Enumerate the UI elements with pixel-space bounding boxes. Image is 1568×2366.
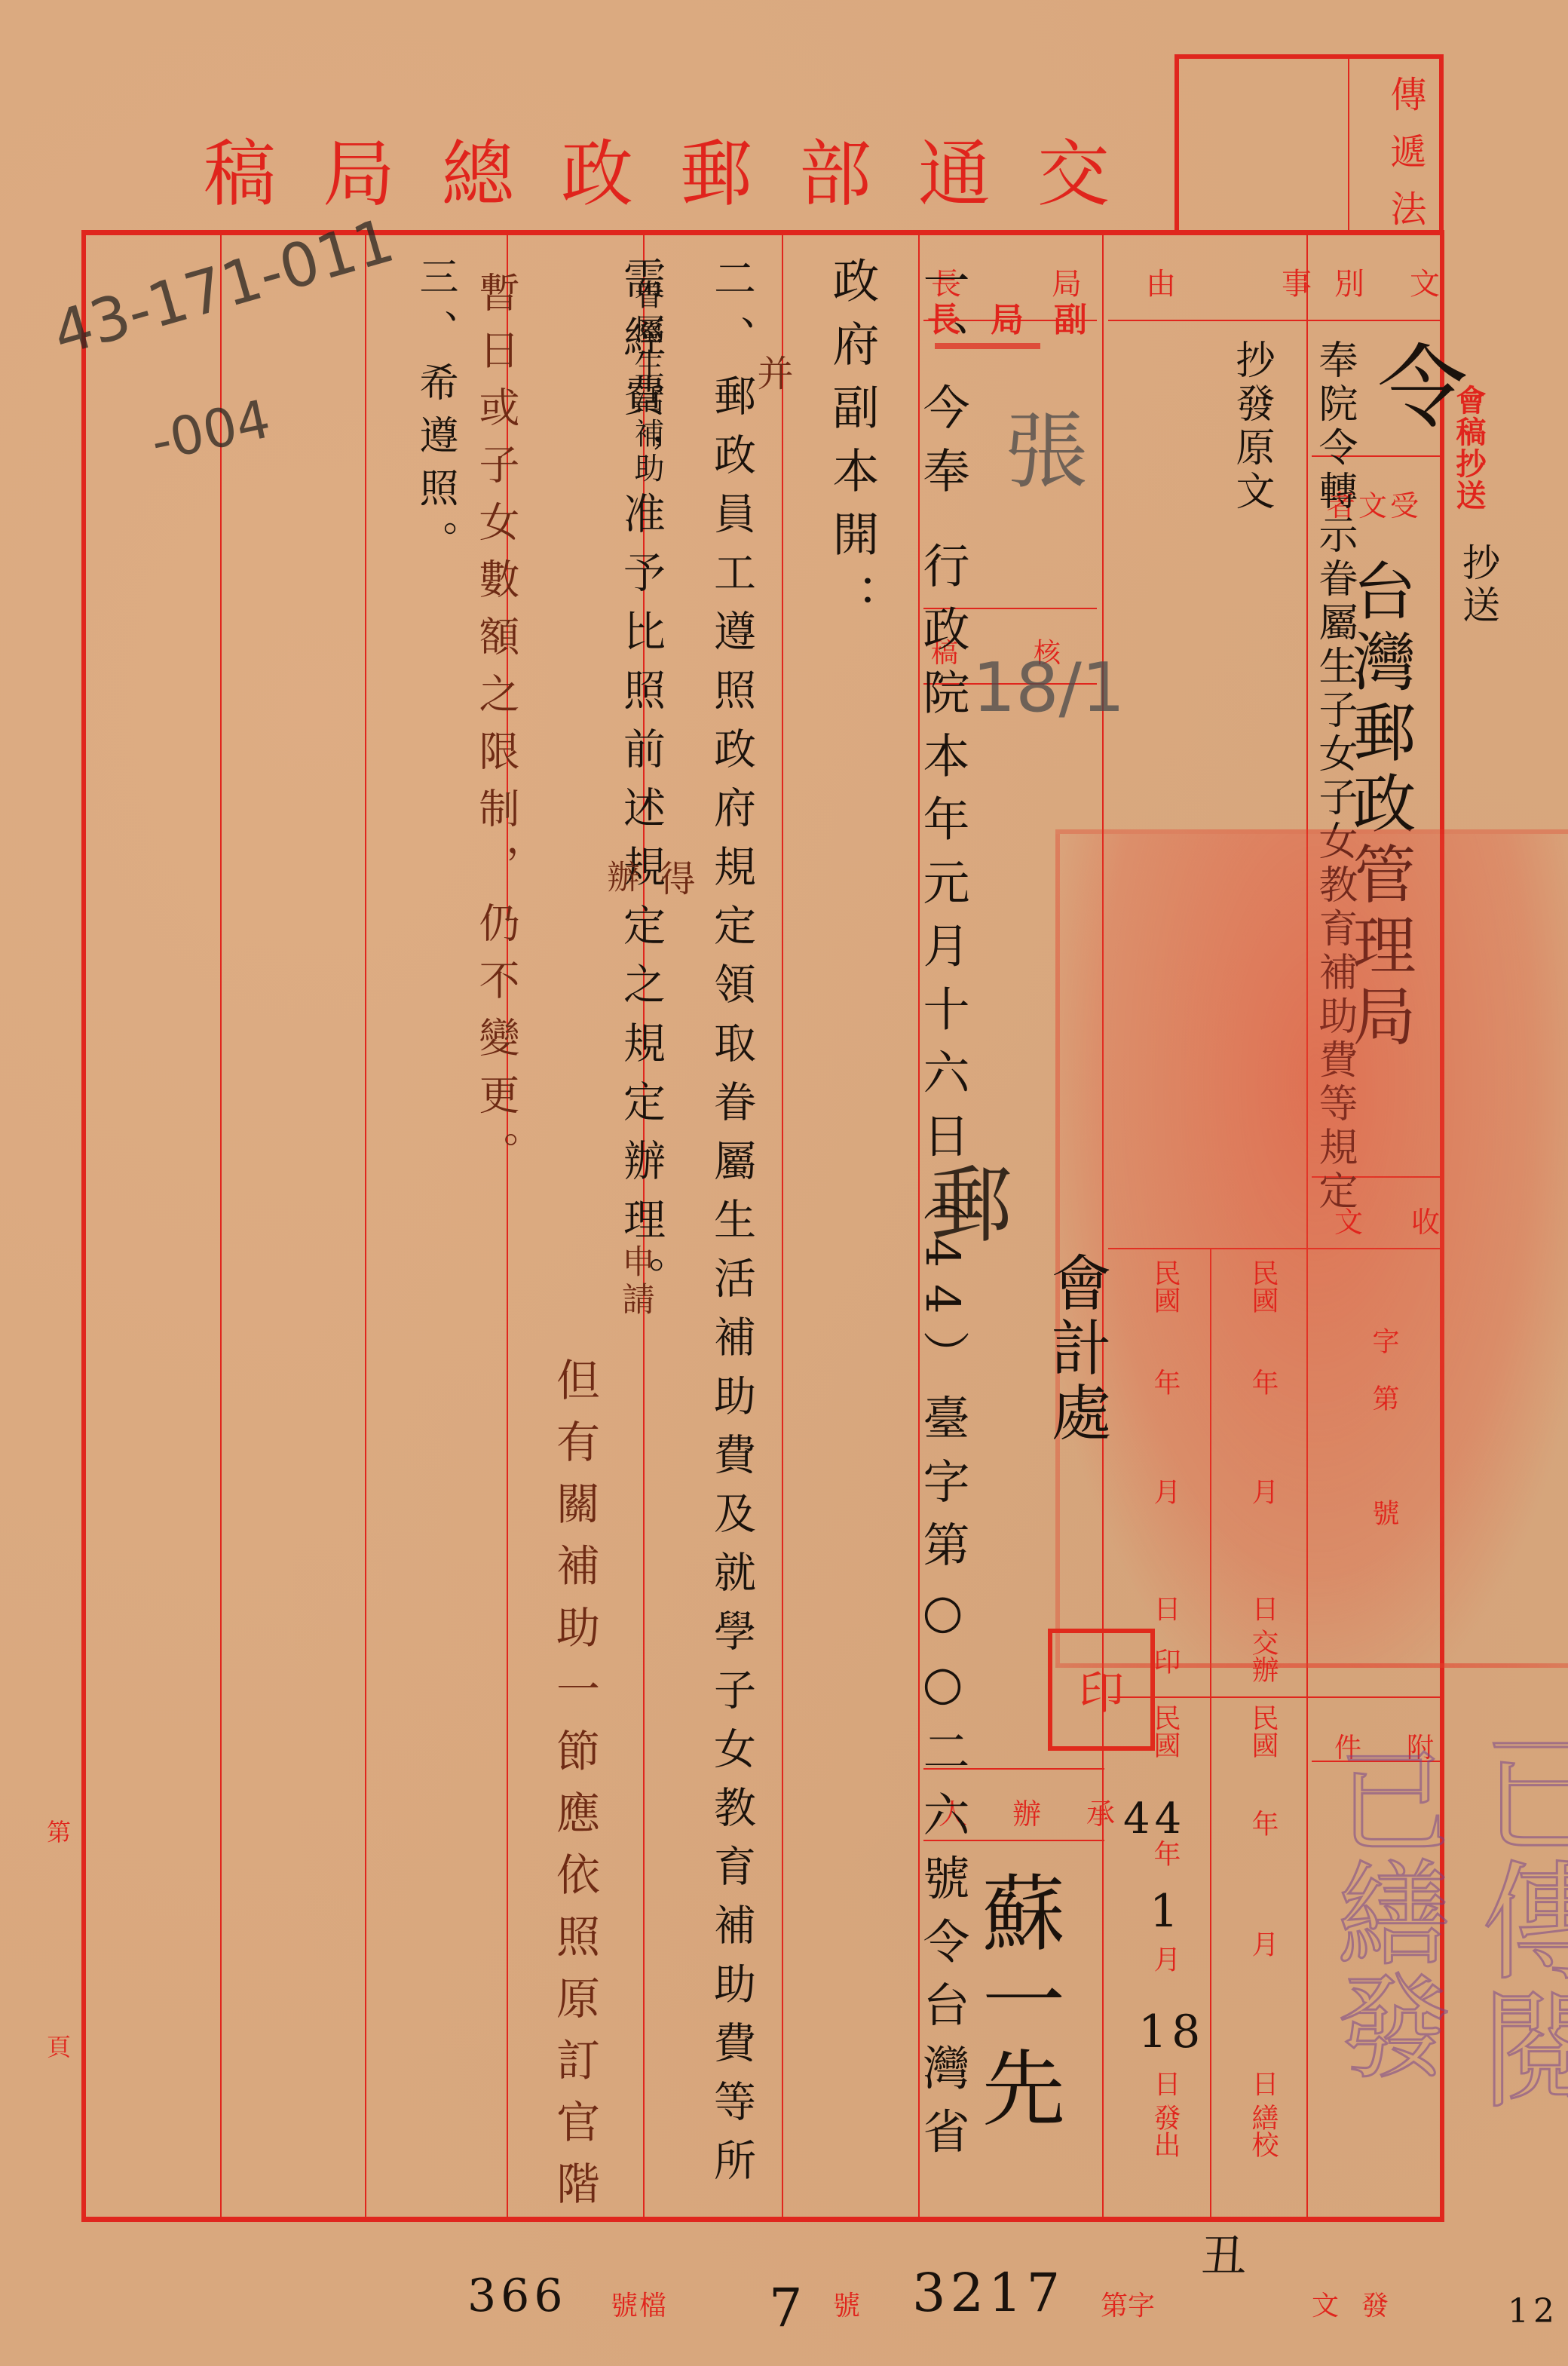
circulated-stamp: 已傳閱 bbox=[1470, 1727, 1568, 2111]
date-month-assigned: 月 bbox=[1244, 1478, 1282, 1505]
date-day-dispatch: 日 bbox=[1146, 2070, 1184, 2097]
date-era-proofread: 民國 bbox=[1244, 1704, 1282, 1758]
margin-note-2: 得 bbox=[648, 860, 700, 900]
page-number: 12 bbox=[1508, 2292, 1559, 2331]
approval-signature-2: 會計處 bbox=[1033, 1252, 1119, 1446]
margin-note-1: 并 bbox=[746, 354, 798, 395]
body-paragraph-2-insert: 眷屬生活補助 bbox=[626, 279, 669, 487]
date-era-received: 民國 bbox=[1146, 1259, 1184, 1313]
margin-note-4: 辦 bbox=[596, 860, 644, 897]
date-day-proofread: 日 bbox=[1244, 2070, 1282, 2097]
dispatch-number-value[interactable]: 3217 bbox=[912, 2262, 1064, 2324]
proofread-label: 繕校 bbox=[1244, 2104, 1282, 2158]
archive-code-value[interactable]: 366 bbox=[467, 2269, 568, 2322]
review-signature: 18/1 bbox=[972, 648, 1125, 728]
page-label-top: 第 bbox=[47, 1813, 71, 1848]
page-label-bottom: 頁 bbox=[47, 2028, 71, 2063]
assigned-label: 交辦 bbox=[1244, 1629, 1282, 1683]
director-signature: 張 bbox=[980, 407, 1099, 490]
dispatch-day-value[interactable]: 18 bbox=[1138, 2006, 1205, 2058]
receipt-number-label: 字第 號 bbox=[1364, 1327, 1403, 1556]
receipt-label: 收文 bbox=[1334, 1199, 1488, 1240]
transmission-method-label: 傳遞法 bbox=[1380, 75, 1432, 247]
personal-seal: 印 bbox=[1048, 1629, 1155, 1751]
body-paragraph-2[interactable]: 二、郵政員工遵照政府規定領取眷屬生活補助費及就學子女教育補助費等所需經費，准予比… bbox=[663, 256, 776, 2202]
side-stamp: 會稿抄送 bbox=[1447, 385, 1490, 511]
date-year-dispatch: 年 bbox=[1146, 1840, 1184, 1867]
number-label: 號 bbox=[833, 2285, 860, 2323]
date-year-proofread: 年 bbox=[1244, 1810, 1282, 1837]
dispatch-word-value[interactable]: 丑 bbox=[1187, 2232, 1252, 2282]
body-paragraph-1[interactable]: 一、今奉 行政院本年元月十六日（44）臺字第○○二六號令台灣省政府副本開： bbox=[807, 256, 988, 2202]
frame-left bbox=[81, 230, 86, 2222]
subject-label: 事由 bbox=[1146, 260, 1417, 303]
frame-bottom bbox=[81, 2217, 1444, 2222]
date-day-received: 日 bbox=[1146, 1595, 1184, 1622]
margin-note-3: 申請 bbox=[611, 1244, 659, 1319]
archive-number-value[interactable]: 7 bbox=[769, 2277, 807, 2339]
dispatch-label: 發文 bbox=[1312, 2285, 1411, 2323]
date-day-assigned: 日 bbox=[1244, 1595, 1282, 1622]
word-label: 字第 bbox=[1101, 2285, 1155, 2323]
date-year-assigned: 年 bbox=[1244, 1368, 1282, 1396]
transmission-method-field[interactable] bbox=[1181, 60, 1346, 230]
official-seal-stamp bbox=[1055, 829, 1568, 1668]
dispatched-label: 發出 bbox=[1146, 2104, 1184, 2158]
body-paragraph-3-brown: 暫日或子女數額之限制，仍不變更。 bbox=[467, 271, 525, 1188]
body-paragraph-3[interactable]: 三、希遵照。 bbox=[407, 256, 464, 573]
date-year-received: 年 bbox=[1146, 1368, 1184, 1396]
body-paragraph-2-brown: 但有關補助一節應依照原訂官階 bbox=[543, 1357, 606, 2223]
date-month-dispatch: 月 bbox=[1146, 1945, 1184, 1972]
date-month-proofread: 月 bbox=[1244, 1930, 1282, 1957]
date-era-assigned: 民國 bbox=[1244, 1259, 1282, 1313]
form-title: 交通部郵政總局稿 bbox=[204, 117, 1156, 220]
date-month-received: 月 bbox=[1146, 1478, 1184, 1505]
dispatched-stamp: 已繕發 bbox=[1327, 1742, 1440, 2081]
archive-label: 檔號 bbox=[611, 2285, 668, 2323]
side-note: 抄送 bbox=[1451, 543, 1505, 627]
dispatch-month-value[interactable]: 1 bbox=[1150, 1885, 1183, 1938]
